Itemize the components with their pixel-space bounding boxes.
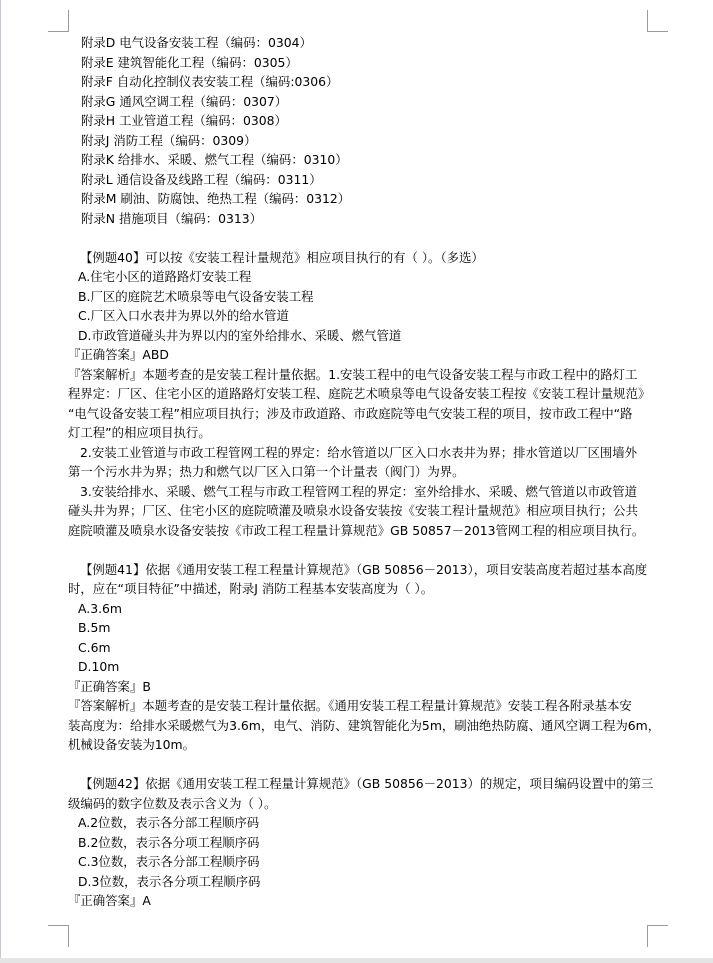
page-bottom-edge [0, 958, 713, 963]
analysis-line: 『答案解析』本题考查的是安装工程计量依据。《通用安装工程工程量计算规范》安装工程… [68, 696, 652, 716]
answer-analysis: 『答案解析』本题考查的是安装工程计量依据。1.安装工程中的电气设备安装工程与市政… [68, 365, 652, 541]
appendix-item: 附录F 自动化控制仪表安装工程（编码:0306） [68, 72, 652, 92]
question-41: 【例题41】依据《通用安装工程工程量计算规范》（GB 50856－2013），项… [68, 560, 652, 755]
question-text: 【例题41】依据《通用安装工程工程量计算规范》（GB 50856－2013），项… [68, 560, 652, 580]
appendix-item: 附录D 电气设备安装工程（编码：0304） [68, 33, 652, 53]
analysis-line: 灯工程”的相应项目执行。 [68, 423, 652, 443]
analysis-line: 程界定：厂区、住宅小区的道路路灯安装工程、庭院艺术喷泉等电气设备安装工程按《安装… [68, 384, 652, 404]
option-a: A.住宅小区的道路路灯安装工程 [68, 267, 652, 287]
option-b: B.5m [68, 618, 652, 638]
appendix-item: 附录N 措施项目（编码：0313） [68, 209, 652, 229]
spacer [68, 755, 652, 775]
analysis-line: 机械设备安装为10m。 [68, 735, 652, 755]
document-page: 附录D 电气设备安装工程（编码：0304） 附录E 建筑智能化工程（编码：030… [68, 33, 652, 911]
question-text: 【例题40】可以按《安装工程计量规范》相应项目执行的有（ ）。（多选） [68, 248, 652, 268]
correct-answer: 『正确答案』ABD [68, 345, 652, 365]
appendix-item: 附录L 通信设备及线路工程（编码：0311） [68, 170, 652, 190]
analysis-line: 2.安装工业管道与市政工程管网工程的界定：给水管道以厂区入口水表井为界；排水管道… [68, 443, 652, 463]
appendix-list: 附录D 电气设备安装工程（编码：0304） 附录E 建筑智能化工程（编码：030… [68, 33, 652, 228]
option-d: D.3位数，表示各分项工程顺序码 [68, 872, 652, 892]
crop-mark-bottom-right [647, 925, 668, 947]
answer-analysis: 『答案解析』本题考查的是安装工程计量依据。《通用安装工程工程量计算规范》安装工程… [68, 696, 652, 755]
analysis-line: “电气设备安装工程”相应项目执行；涉及市政道路、市政庭院等电气安装工程的项目，按… [68, 404, 652, 424]
appendix-item: 附录K 给排水、采暖、燃气工程（编码：0310） [68, 150, 652, 170]
correct-answer: 『正确答案』A [68, 891, 652, 911]
spacer [68, 228, 652, 248]
analysis-line: 3.安装给排水、采暖、燃气工程与市政工程管网工程的界定：室外给排水、采暖、燃气管… [68, 482, 652, 502]
analysis-line: 碰头井为界；厂区、住宅小区的庭院喷灌及喷泉水设备安装按《安装工程计量规范》相应项… [68, 501, 652, 521]
question-text: 时，应在“项目特征”中描述，附录J 消防工程基本安装高度为（ ）。 [68, 579, 652, 599]
question-40: 【例题40】可以按《安装工程计量规范》相应项目执行的有（ ）。（多选） A.住宅… [68, 248, 652, 541]
option-a: A.2位数，表示各分部工程顺序码 [68, 813, 652, 833]
analysis-line: 庭院喷灌及喷泉水设备安装按《市政工程工程量计算规范》GB 50857－2013管… [68, 521, 652, 541]
option-b: B.2位数，表示各分项工程顺序码 [68, 833, 652, 853]
option-d: D.10m [68, 657, 652, 677]
page-left-edge [0, 0, 1, 963]
option-d: D.市政管道碰头井为界以内的室外给排水、采暖、燃气管道 [68, 326, 652, 346]
crop-mark-top-left [48, 10, 69, 32]
option-c: C.6m [68, 638, 652, 658]
correct-answer: 『正确答案』B [68, 677, 652, 697]
analysis-line: 装高度为：给排水采暖燃气为3.6m，电气、消防、建筑智能化为5m，刷油绝热防腐、… [68, 716, 652, 736]
appendix-item: 附录H 工业管道工程（编码：0308） [68, 111, 652, 131]
option-b: B.厂区的庭院艺术喷泉等电气设备安装工程 [68, 287, 652, 307]
appendix-item: 附录J 消防工程（编码：0309） [68, 131, 652, 151]
appendix-item: 附录E 建筑智能化工程（编码：0305） [68, 53, 652, 73]
question-text: 级编码的数字位数及表示含义为（ ）。 [68, 794, 652, 814]
appendix-item: 附录M 刷油、防腐蚀、绝热工程（编码：0312） [68, 189, 652, 209]
analysis-line: 『答案解析』本题考查的是安装工程计量依据。1.安装工程中的电气设备安装工程与市政… [68, 365, 652, 385]
option-c: C.厂区入口水表井为界以外的给水管道 [68, 306, 652, 326]
crop-mark-bottom-left [48, 925, 69, 947]
spacer [68, 540, 652, 560]
question-42: 【例题42】依据《通用安装工程工程量计算规范》（GB 50856－2013）的规… [68, 774, 652, 911]
option-c: C.3位数，表示各分部工程顺序码 [68, 852, 652, 872]
analysis-line: 第一个污水井为界；热力和燃气以厂区入口第一个计量表（阀门）为界。 [68, 462, 652, 482]
option-a: A.3.6m [68, 599, 652, 619]
appendix-item: 附录G 通风空调工程（编码：0307） [68, 92, 652, 112]
question-text: 【例题42】依据《通用安装工程工程量计算规范》（GB 50856－2013）的规… [68, 774, 652, 794]
crop-mark-top-right [647, 10, 668, 32]
